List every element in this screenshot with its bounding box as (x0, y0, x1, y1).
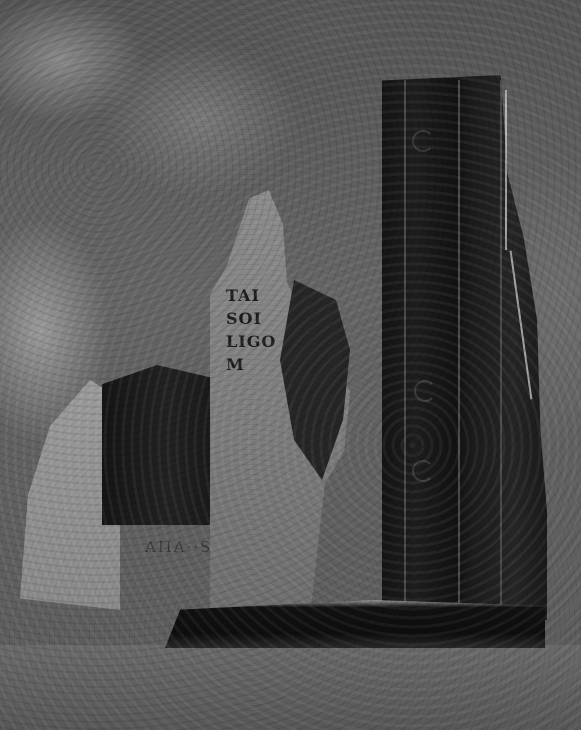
fresco-photograph: TAI SOI LIGO M AIIA··S (0, 0, 581, 730)
floor-plaster (0, 645, 581, 730)
plaster-edge (505, 90, 507, 250)
inscription-line: LIGO (226, 330, 276, 353)
pilaster-groove (500, 80, 502, 610)
inscription-line: M (226, 353, 276, 376)
inscription-line: TAI (226, 284, 276, 307)
faded-graffiti: AIIA··S (145, 538, 212, 556)
scroll-ornament-icon (412, 460, 434, 482)
pilaster-groove (404, 80, 406, 610)
left-dark-band (102, 365, 212, 525)
inscription-line: SOI (226, 307, 276, 330)
scroll-ornament-icon (412, 130, 434, 152)
scroll-ornament-icon (414, 380, 436, 402)
painted-inscription: TAI SOI LIGO M (226, 284, 276, 376)
pilaster-groove (458, 80, 460, 610)
